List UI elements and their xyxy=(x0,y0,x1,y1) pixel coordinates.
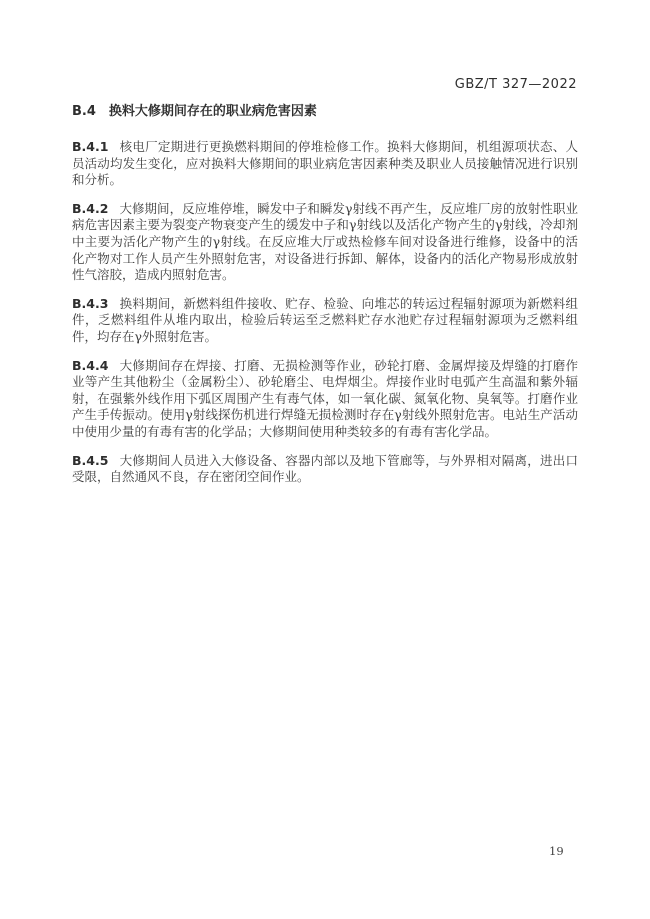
clause-text: 大修期间存在焊接、打磨、无损检测等作业，砂轮打磨、金属焊接及焊缝的打磨作业等产生… xyxy=(72,358,578,439)
page-number: 19 xyxy=(549,844,564,858)
clause-paragraph: B.4.1核电厂定期进行更换燃料期间的停堆检修工作。换料大修期间，机组源项状态、… xyxy=(72,139,578,189)
section-number: B.4 xyxy=(72,104,96,119)
clause-number: B.4.2 xyxy=(72,201,108,216)
clause-text: 换料期间，新燃料组件接收、贮存、检验、向堆芯的转运过程辐射源项为新燃料组件，乏燃… xyxy=(72,296,578,344)
clause-paragraph: B.4.2大修期间，反应堆停堆，瞬发中子和瞬发γ射线不再产生，反应堆厂房的放射性… xyxy=(72,201,578,284)
clause-paragraph: B.4.4大修期间存在焊接、打磨、无损检测等作业，砂轮打磨、金属焊接及焊缝的打磨… xyxy=(72,358,578,441)
document-code-header: GBZ/T 327—2022 xyxy=(455,77,577,92)
clause-text: 核电厂定期进行更换燃料期间的停堆检修工作。换料大修期间，机组源项状态、人员活动均… xyxy=(72,139,578,187)
document-body: B.4换料大修期间存在的职业病危害因素 B.4.1核电厂定期进行更换燃料期间的停… xyxy=(72,103,578,486)
clause-number: B.4.1 xyxy=(72,139,108,154)
section-heading: B.4换料大修期间存在的职业病危害因素 xyxy=(72,103,578,120)
clause-number: B.4.5 xyxy=(72,453,108,468)
section-title: 换料大修期间存在的职业病危害因素 xyxy=(109,104,317,119)
clause-paragraph: B.4.3换料期间，新燃料组件接收、贮存、检验、向堆芯的转运过程辐射源项为新燃料… xyxy=(72,296,578,346)
clause-number: B.4.4 xyxy=(72,358,108,373)
clause-text: 大修期间人员进入大修设备、容器内部以及地下管廊等，与外界相对隔离，进出口受限，自… xyxy=(72,453,578,485)
document-page: GBZ/T 327—2022 B.4换料大修期间存在的职业病危害因素 B.4.1… xyxy=(0,0,650,919)
clause-number: B.4.3 xyxy=(72,296,108,311)
clause-paragraph: B.4.5大修期间人员进入大修设备、容器内部以及地下管廊等，与外界相对隔离，进出… xyxy=(72,453,578,486)
clause-text: 大修期间，反应堆停堆，瞬发中子和瞬发γ射线不再产生，反应堆厂房的放射性职业病危害… xyxy=(72,201,578,282)
